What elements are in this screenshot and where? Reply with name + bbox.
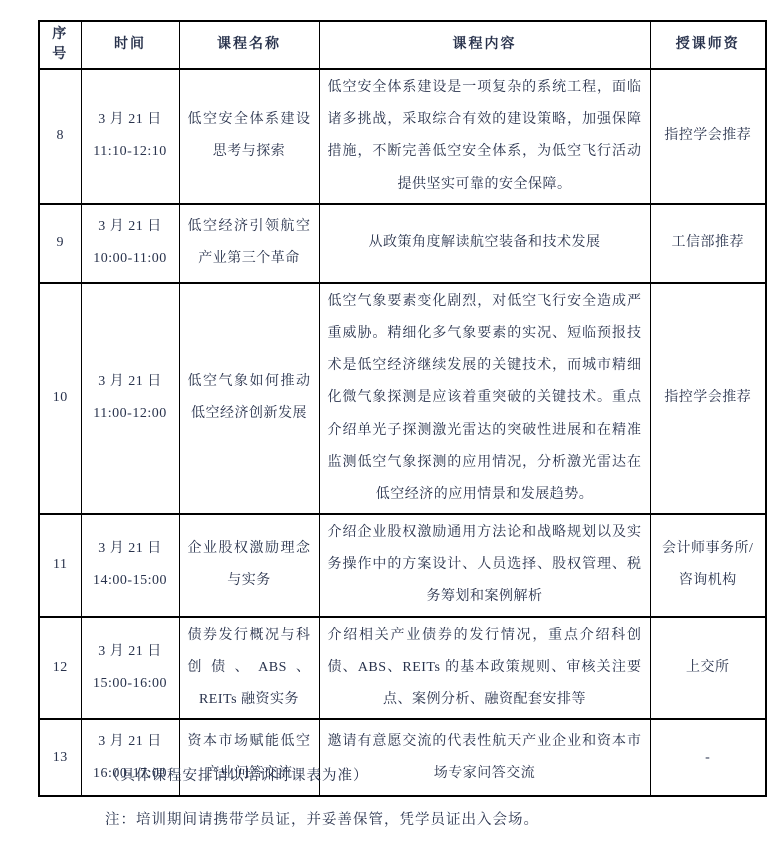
cell-time-line: 15:00-16:00 — [90, 668, 171, 700]
table-row: 12 3 月 21 日 15:00-16:00 债券发行概况与科创债、ABS、R… — [39, 617, 766, 720]
column-header-course-name: 课程名称 — [179, 21, 319, 69]
cell-date-line: 3 月 21 日 — [90, 366, 171, 398]
table-body: 8 3 月 21 日 11:10-12:10 低空安全体系建设思考与探索 低空安… — [39, 69, 766, 796]
cell-course-name: 低空经济引领航空产业第三个革命 — [179, 204, 319, 283]
column-header-time: 时间 — [81, 21, 179, 69]
table-row: 11 3 月 21 日 14:00-15:00 企业股权激励理念与实务 介绍企业… — [39, 514, 766, 617]
cell-time-line: 11:00-12:00 — [90, 398, 171, 430]
table-row: 9 3 月 21 日 10:00-11:00 低空经济引领航空产业第三个革命 从… — [39, 204, 766, 283]
footnote-badge-note: 注：培训期间请携带学员证，并妥善保管，凭学员证出入会场。 — [105, 808, 539, 829]
cell-time-line: 11:10-12:10 — [90, 136, 171, 168]
cell-time-line: 10:00-11:00 — [90, 243, 171, 275]
footnote-schedule-disclaimer: （具体课程安排请以培训时课表为准） — [105, 764, 369, 785]
cell-course-content: 从政策角度解读航空装备和技术发展 — [319, 204, 650, 283]
cell-course-content: 低空气象要素变化剧烈，对低空飞行安全造成严重威胁。精细化多气象要素的实况、短临预… — [319, 283, 650, 514]
cell-course-name: 债券发行概况与科创债、ABS、REITs 融资实务 — [179, 617, 319, 720]
cell-time: 3 月 21 日 11:10-12:10 — [81, 69, 179, 204]
cell-instructor: 指控学会推荐 — [650, 283, 766, 514]
cell-date-line: 3 月 21 日 — [90, 533, 171, 565]
table-row: 10 3 月 21 日 11:00-12:00 低空气象如何推动低空经济创新发展… — [39, 283, 766, 514]
cell-instructor: 工信部推荐 — [650, 204, 766, 283]
document-page: 序号 时间 课程名称 课程内容 授课师资 8 3 月 21 日 11:10-12… — [0, 0, 774, 845]
cell-instructor: 会计师事务所/咨询机构 — [650, 514, 766, 617]
cell-row-number: 11 — [39, 514, 81, 617]
cell-time: 3 月 21 日 15:00-16:00 — [81, 617, 179, 720]
cell-time: 3 月 21 日 10:00-11:00 — [81, 204, 179, 283]
cell-date-line: 3 月 21 日 — [90, 636, 171, 668]
cell-row-number: 9 — [39, 204, 81, 283]
cell-row-number: 8 — [39, 69, 81, 204]
table-header-row: 序号 时间 课程名称 课程内容 授课师资 — [39, 21, 766, 69]
cell-date-line: 3 月 21 日 — [90, 104, 171, 136]
cell-time: 3 月 21 日 11:00-12:00 — [81, 283, 179, 514]
course-schedule-table: 序号 时间 课程名称 课程内容 授课师资 8 3 月 21 日 11:10-12… — [38, 20, 767, 797]
cell-row-number: 13 — [39, 719, 81, 796]
cell-course-name: 低空气象如何推动低空经济创新发展 — [179, 283, 319, 514]
cell-date-line: 3 月 21 日 — [90, 726, 171, 758]
cell-instructor: 上交所 — [650, 617, 766, 720]
cell-row-number: 12 — [39, 617, 81, 720]
cell-row-number: 10 — [39, 283, 81, 514]
cell-instructor: - — [650, 719, 766, 796]
cell-course-content: 介绍相关产业债券的发行情况，重点介绍科创债、ABS、REITs 的基本政策规则、… — [319, 617, 650, 720]
cell-date-line: 3 月 21 日 — [90, 211, 171, 243]
cell-instructor: 指控学会推荐 — [650, 69, 766, 204]
column-header-no: 序号 — [39, 21, 81, 69]
table-row: 8 3 月 21 日 11:10-12:10 低空安全体系建设思考与探索 低空安… — [39, 69, 766, 204]
column-header-instructor: 授课师资 — [650, 21, 766, 69]
column-header-course-content: 课程内容 — [319, 21, 650, 69]
cell-course-name: 低空安全体系建设思考与探索 — [179, 69, 319, 204]
cell-course-content: 邀请有意愿交流的代表性航天产业企业和资本市场专家问答交流 — [319, 719, 650, 796]
cell-time: 3 月 21 日 14:00-15:00 — [81, 514, 179, 617]
cell-course-name: 企业股权激励理念与实务 — [179, 514, 319, 617]
cell-time-line: 14:00-15:00 — [90, 565, 171, 597]
cell-course-content: 低空安全体系建设是一项复杂的系统工程，面临诸多挑战，采取综合有效的建设策略，加强… — [319, 69, 650, 204]
cell-course-content: 介绍企业股权激励通用方法论和战略规划以及实务操作中的方案设计、人员选择、股权管理… — [319, 514, 650, 617]
